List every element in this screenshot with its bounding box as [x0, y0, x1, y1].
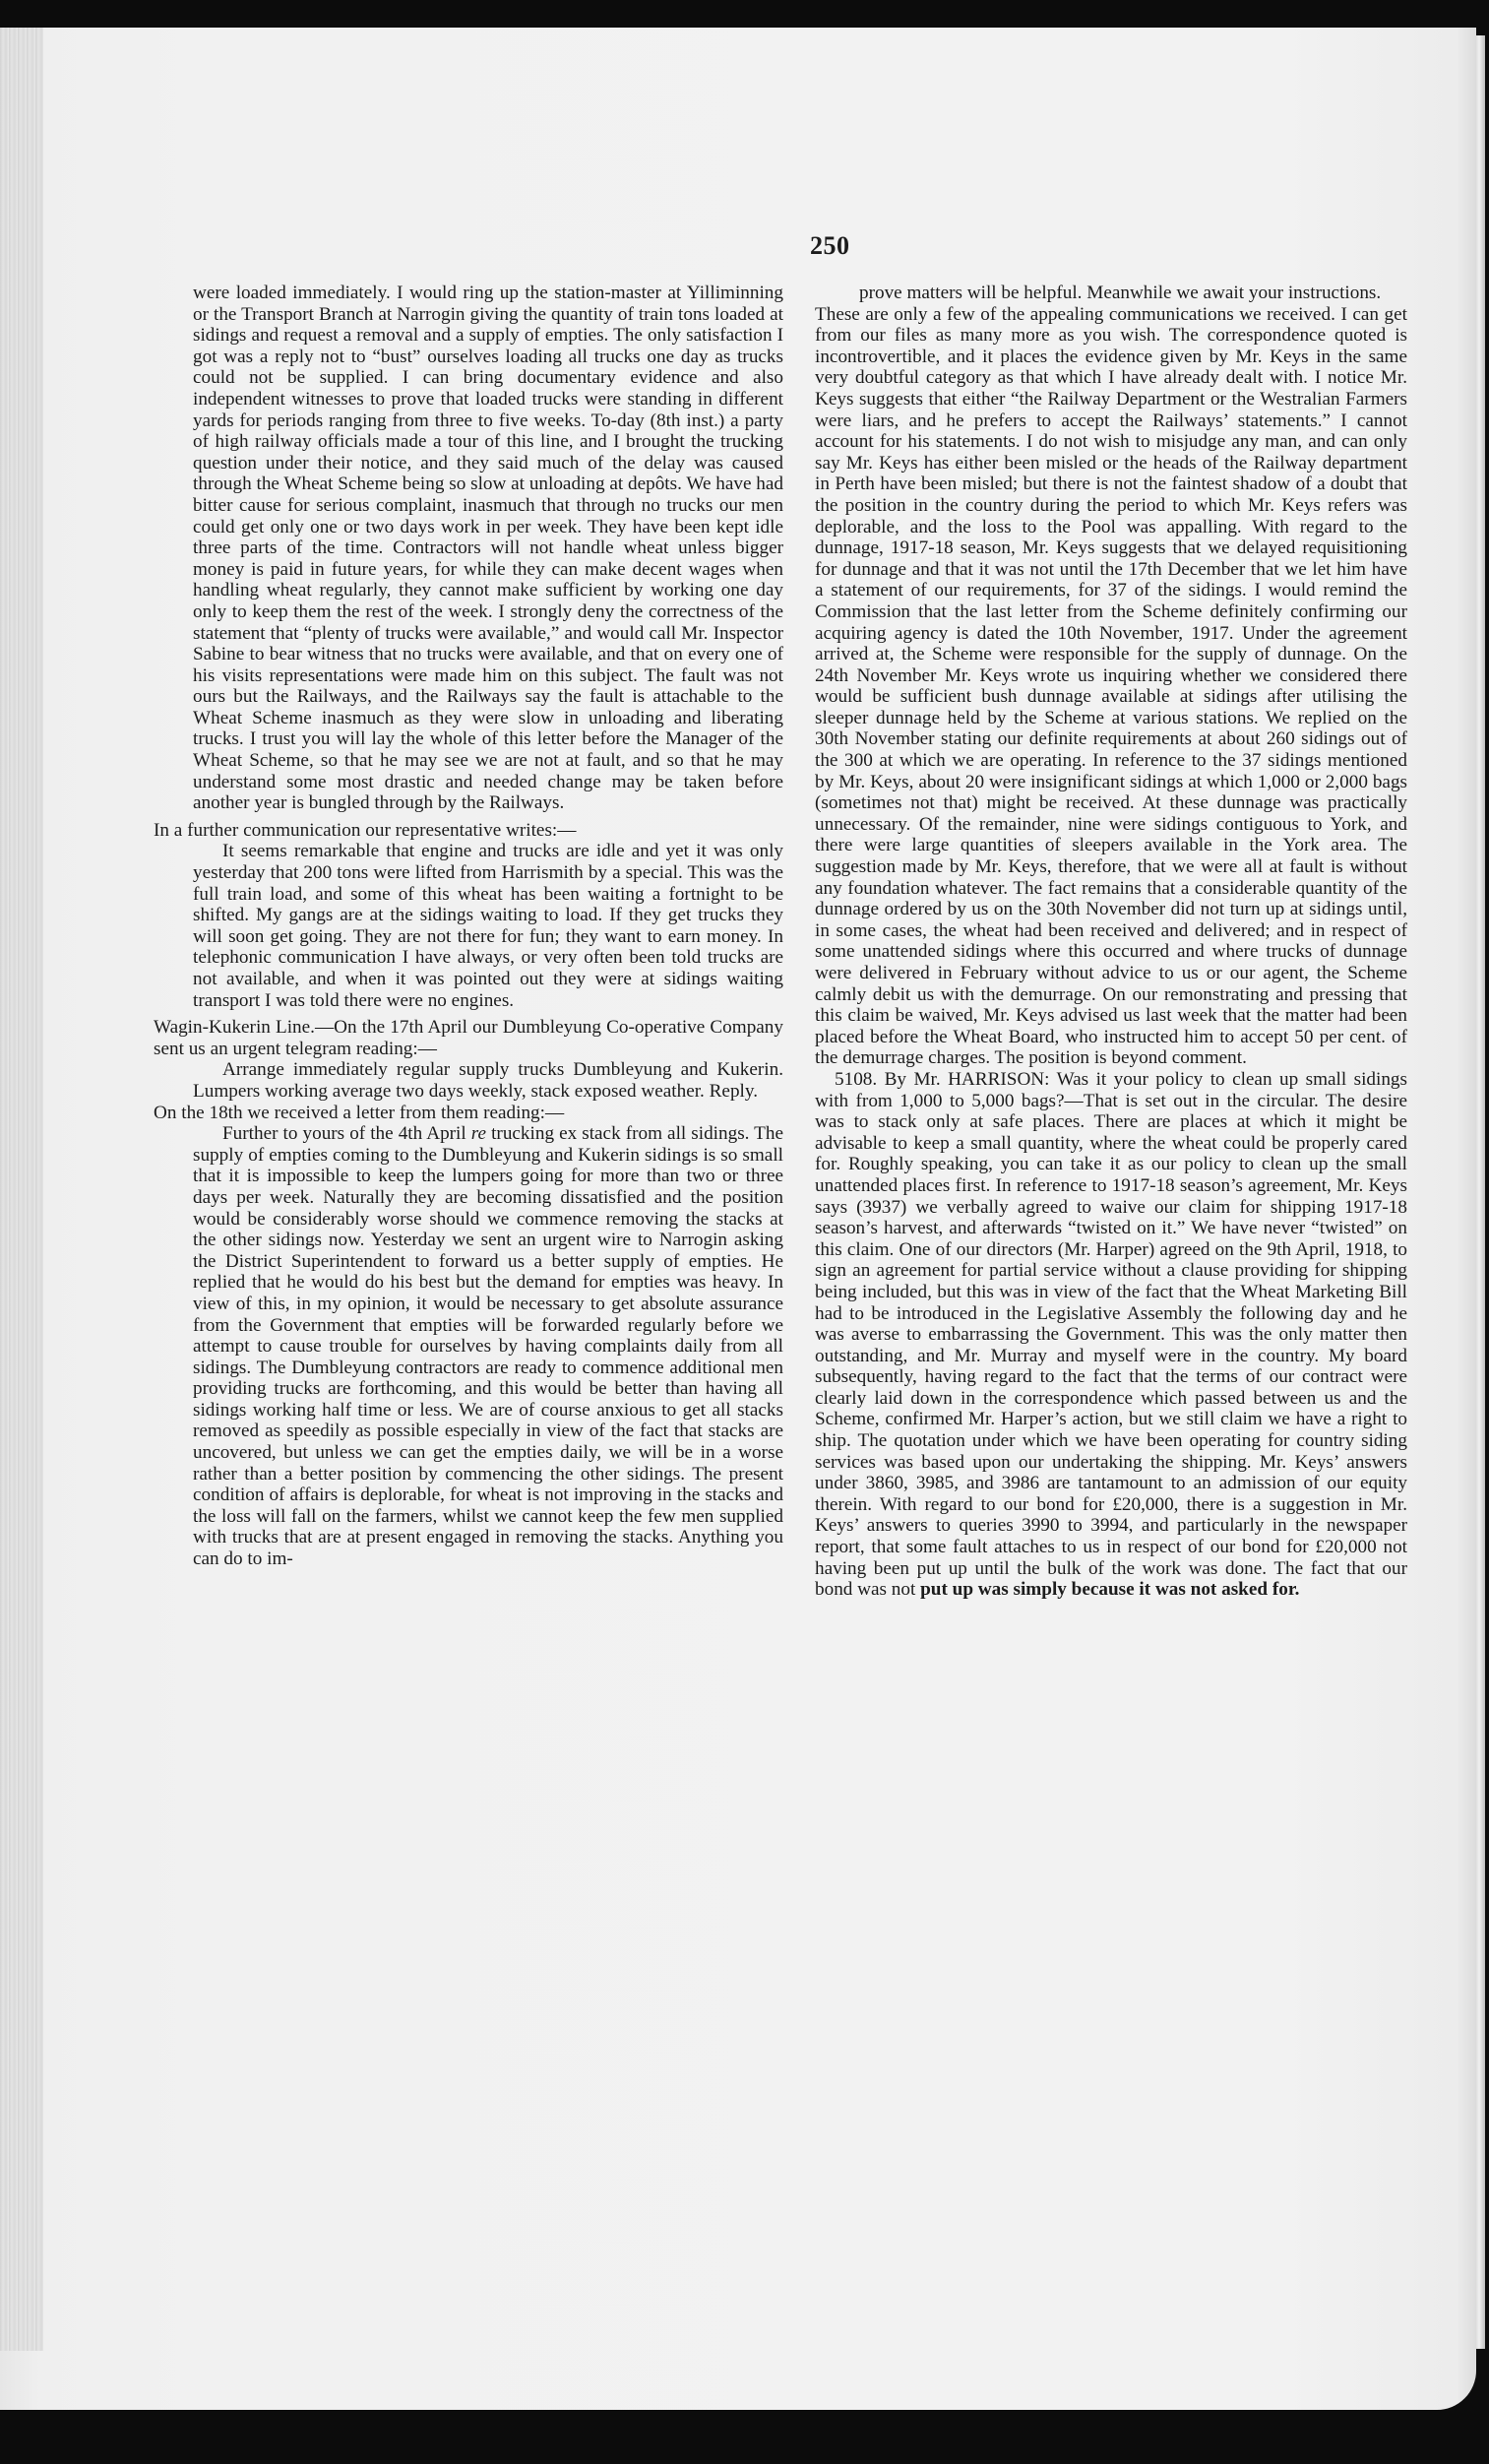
paragraph-intro-18th-letter: On the 18th we received a letter from th…: [154, 1103, 783, 1124]
paragraph-appealing-communications: These are only a few of the appealing co…: [815, 304, 1407, 1069]
quoted-telegram: Arrange immediately regular supply truck…: [193, 1059, 783, 1102]
quoted-letter-representative: It seems remarkable that engine and truc…: [193, 841, 783, 1011]
right-column: prove matters will be helpful. Meanwhile…: [815, 283, 1407, 1601]
page-edge-left: [0, 28, 43, 2351]
page-edge-right: [1475, 35, 1485, 2349]
letter-continuation: were loaded immediately. I would ring up…: [193, 283, 783, 814]
italic-re: re: [471, 1123, 486, 1144]
paragraph-wagin-kukerin-line: Wagin-Kukerin Line.—On the 17th April ou…: [154, 1017, 783, 1059]
paragraph-intro-further-communication: In a further communication our represent…: [154, 820, 783, 842]
quoted-letter-continuation: prove matters will be helpful. Meanwhile…: [815, 283, 1407, 304]
page-number: 250: [810, 231, 850, 261]
quoted-letter-dumbleyung: Further to yours of the 4th April re tru…: [193, 1123, 783, 1569]
left-column: were loaded immediately. I would ring up…: [193, 283, 783, 1570]
paragraph-question-5108: 5108. By Mr. HARRISON: Was it your polic…: [815, 1069, 1407, 1601]
closing-sentence: put up was simply because it was not ask…: [920, 1579, 1299, 1600]
